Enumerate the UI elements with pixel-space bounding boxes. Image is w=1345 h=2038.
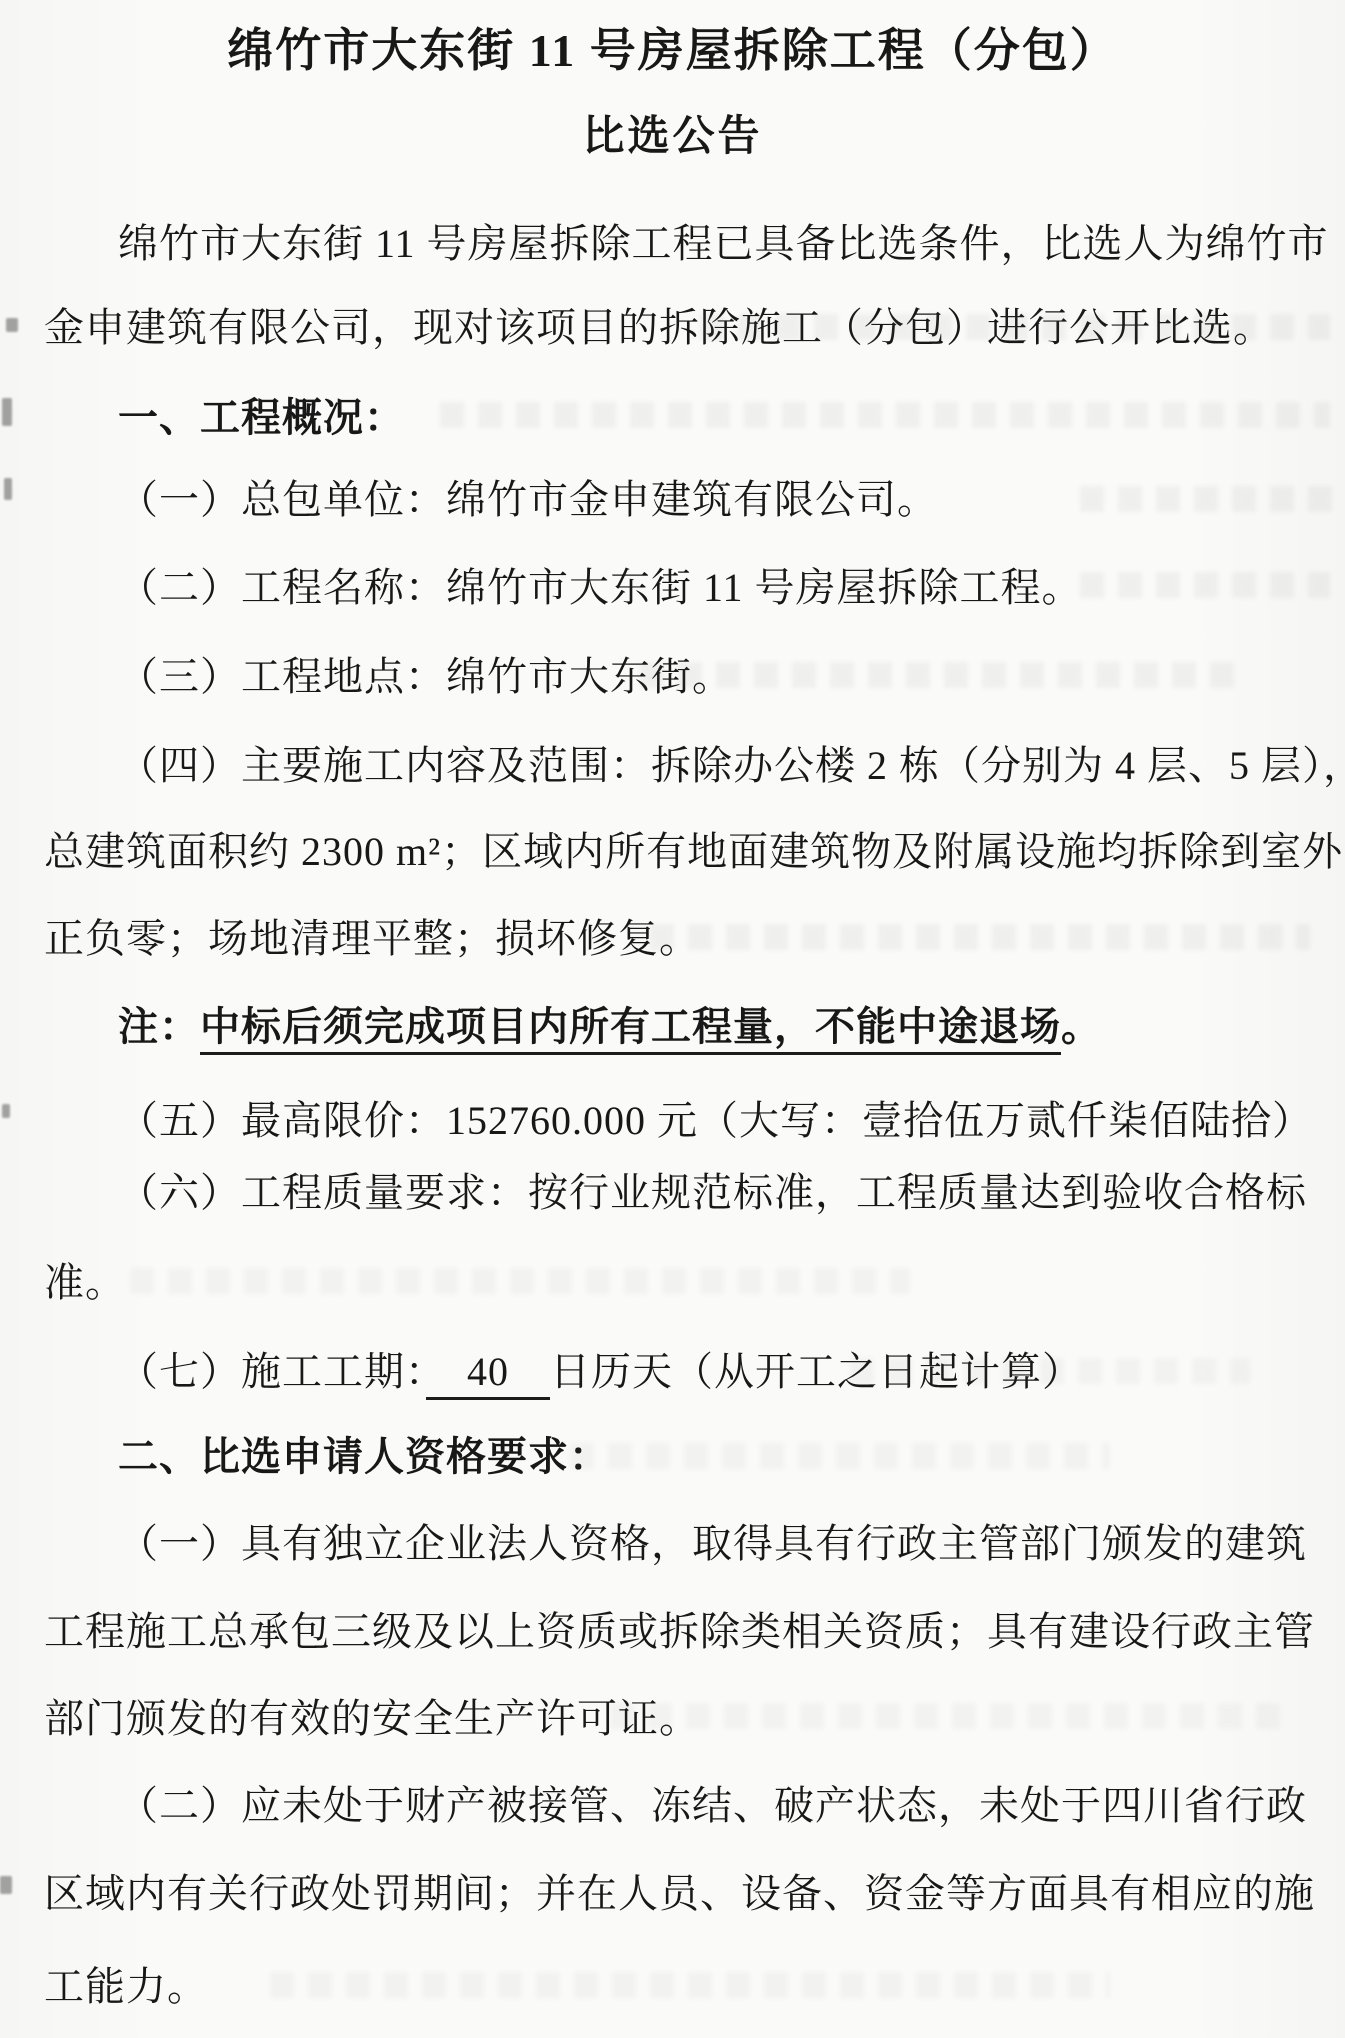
duration-suffix: 日历天（从开工之日起计算）: [550, 1349, 1083, 1394]
scan-artifact: [610, 1703, 1290, 1729]
qualification-clause-2-line-3: 工能力。: [44, 1965, 208, 2009]
scan-artifact: [1080, 486, 1335, 512]
scan-artifact: [130, 1268, 910, 1294]
document-title: 绵竹市大东街 11 号房屋拆除工程（分包）: [0, 28, 1345, 74]
note-line: 注：中标后须完成项目内所有工程量，不能中途退场。: [118, 1005, 1102, 1049]
section-heading-2: 二、比选申请人资格要求：: [118, 1435, 610, 1479]
document-page: 绵竹市大东街 11 号房屋拆除工程（分包） 比选公告 绵竹市大东街 11 号房屋…: [0, 0, 1345, 2038]
scan-artifact: [650, 924, 1310, 950]
duration-value: 40: [426, 1349, 550, 1400]
scan-artifact: [1080, 572, 1330, 598]
scan-speck: [2, 398, 12, 426]
qualification-clause-2-line-1: （二）应未处于财产被接管、冻结、破产状态，未处于四川省行政: [118, 1784, 1307, 1828]
note-prefix: 注：: [118, 1004, 200, 1049]
qualification-clause-1-line-1: （一）具有独立企业法人资格，取得具有行政主管部门颁发的建筑: [118, 1522, 1307, 1566]
scan-speck: [4, 478, 12, 500]
document-subtitle: 比选公告: [0, 116, 1345, 158]
clause-max-price: （五）最高限价：152760.000 元（大写：壹拾伍万贰仟柒佰陆拾）: [118, 1099, 1313, 1143]
qualification-clause-1-line-3: 部门颁发的有效的安全生产许可证。: [44, 1697, 700, 1741]
qualification-clause-2-line-2: 区域内有关行政处罚期间；并在人员、设备、资金等方面具有相应的施: [44, 1872, 1315, 1916]
scan-artifact: [440, 402, 1330, 428]
clause-quality-line-2: 准。: [44, 1261, 126, 1305]
clause-scope-line-3: 正负零；场地清理平整；损坏修复。: [44, 917, 700, 961]
clause-duration-line: （七）施工工期： 40 日历天（从开工之日起计算）: [118, 1350, 1083, 1394]
note-underlined-text: 中标后须完成项目内所有工程量，不能中途退场: [200, 1004, 1061, 1055]
section-heading-1: 一、工程概况：: [118, 396, 405, 440]
scan-artifact: [270, 1972, 1110, 1998]
scan-speck: [2, 1104, 10, 1118]
clause-project-location: （三）工程地点：绵竹市大东街。: [118, 655, 733, 699]
clause-scope-line-2: 总建筑面积约 2300 m²；区域内所有地面建筑物及附属设施均拆除到室外: [44, 830, 1343, 874]
intro-line-1: 绵竹市大东街 11 号房屋拆除工程已具备比选条件，比选人为绵竹市: [118, 222, 1329, 266]
clause-general-contractor: （一）总包单位：绵竹市金申建筑有限公司。: [118, 478, 938, 522]
intro-line-2: 金申建筑有限公司，现对该项目的拆除施工（分包）进行公开比选。: [44, 306, 1274, 350]
duration-prefix: （七）施工工期：: [118, 1349, 426, 1394]
clause-quality-line-1: （六）工程质量要求：按行业规范标准，工程质量达到验收合格标: [118, 1171, 1307, 1215]
scan-speck: [0, 1876, 12, 1894]
clause-project-name: （二）工程名称：绵竹市大东街 11 号房屋拆除工程。: [118, 566, 1083, 610]
scan-artifact: [570, 1443, 1110, 1469]
qualification-clause-1-line-2: 工程施工总承包三级及以上资质或拆除类相关资质；具有建设行政主管: [44, 1610, 1315, 1654]
note-suffix: 。: [1061, 1004, 1102, 1049]
scan-speck: [6, 318, 18, 332]
clause-scope-line-1: （四）主要施工内容及范围：拆除办公楼 2 栋（分别为 4 层、5 层），: [118, 744, 1345, 788]
